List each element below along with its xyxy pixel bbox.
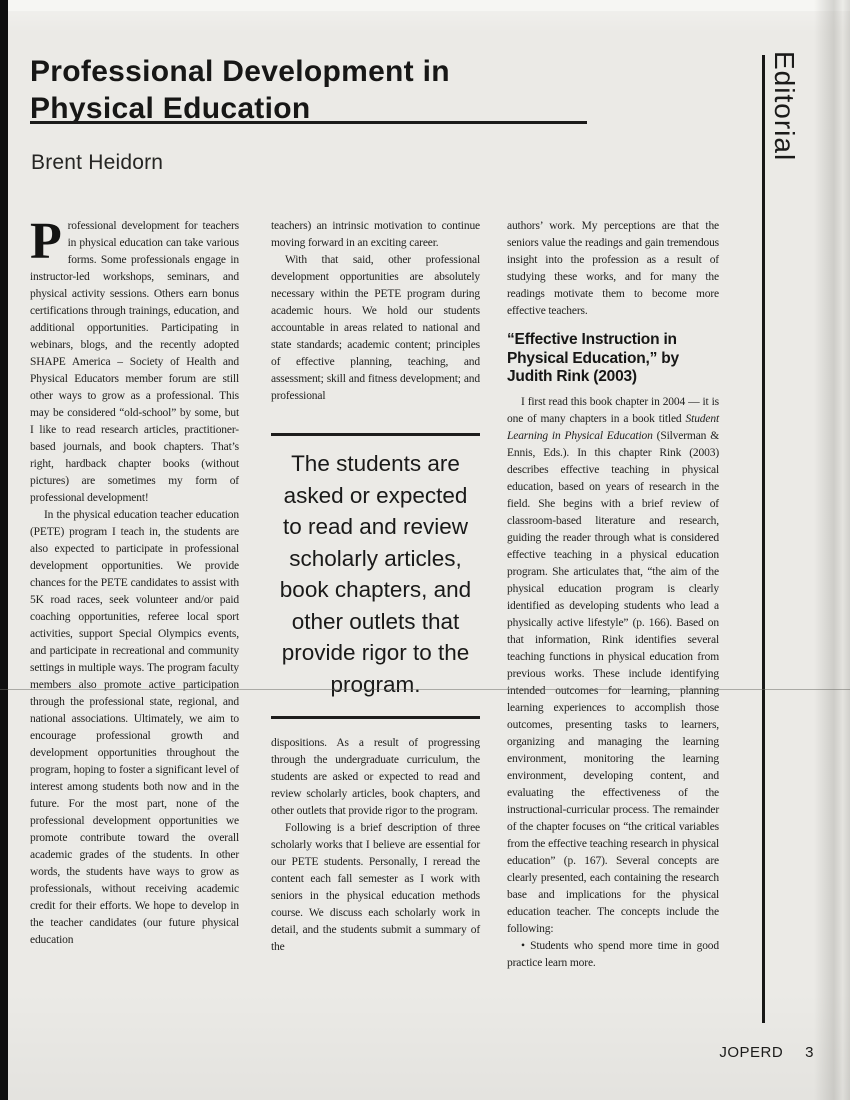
title-underline-rule <box>30 121 587 124</box>
pull-quote: The students are asked or expected to re… <box>271 433 480 719</box>
text-column-3: authors’ work. My perceptions are that t… <box>507 218 719 972</box>
scan-top-edge <box>8 0 850 11</box>
bullet-item: • Students who spend more time in good p… <box>507 938 719 972</box>
journal-name: JOPERD <box>719 1044 783 1061</box>
text-column-1: Professional development for teachers in… <box>30 218 239 949</box>
paragraph: With that said, other professional devel… <box>271 252 480 405</box>
scan-gutter-shadow <box>0 0 8 1100</box>
editorial-vertical-rule <box>762 55 765 1023</box>
page-number: 3 <box>805 1044 814 1061</box>
paragraph-continuation: dispositions. As a result of progressing… <box>271 735 480 820</box>
page-footer: JOPERD3 <box>652 1044 814 1061</box>
paragraph-continuation: teachers) an intrinsic motivation to con… <box>271 218 480 252</box>
dropcap-letter: P <box>30 218 68 262</box>
text-column-2: teachers) an intrinsic motivation to con… <box>271 218 480 956</box>
article-title-line1: Professional Development in <box>30 53 630 90</box>
section-label-editorial: Editorial <box>768 51 800 161</box>
paragraph-continuation: authors’ work. My perceptions are that t… <box>507 218 719 320</box>
paragraph: I first read this book chapter in 2004 —… <box>507 394 719 938</box>
paragraph-opening: Professional development for teachers in… <box>30 218 239 507</box>
article-title: Professional Development in Physical Edu… <box>30 53 630 127</box>
paragraph-text: (Silverman & Ennis, Eds.). In this chapt… <box>507 430 719 935</box>
paragraph: Following is a brief description of thre… <box>271 820 480 956</box>
scan-fold-artifact-line <box>0 689 850 690</box>
author-byline: Brent Heidorn <box>31 151 163 175</box>
paragraph: In the physical education teacher educat… <box>30 507 239 949</box>
scan-right-edge-texture <box>814 0 850 1100</box>
section-heading-rink: “Effective Instruction in Physical Educa… <box>507 331 719 387</box>
